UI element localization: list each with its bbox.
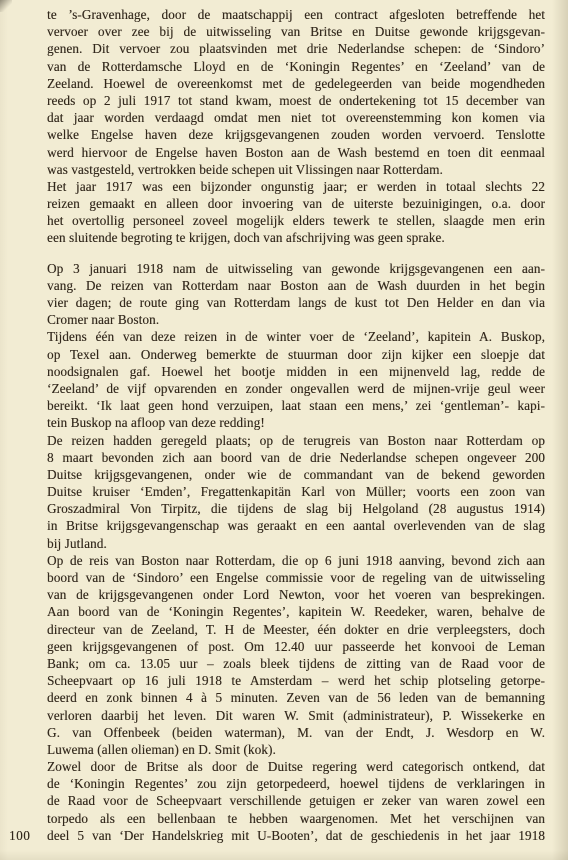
text-line: verloren daarbij het leven. Dit waren W.… (47, 707, 545, 724)
text-line: Scheepvaart op 16 juli 1918 te Amsterdam… (47, 672, 545, 689)
text-line: Cromer naar Boston. (47, 311, 545, 328)
text-line: Aan boord van de ‘Koningin Regentes’, ka… (47, 603, 545, 620)
text-line: Groszadmiral Von Tirpitz, die tijdens de… (47, 500, 545, 517)
text-line: Tijdens één van deze reizen in de winter… (47, 328, 545, 345)
paragraph-gap (47, 247, 545, 260)
text-line: bereikt. ‘Ik laat geen hond verzuipen, l… (47, 397, 545, 414)
book-page: te ’s-Gravenhage, door de maatschappij e… (0, 0, 568, 860)
text-line: deerd en zonk binnen 4 à 5 minuten. Zeve… (47, 689, 545, 706)
text-line: van de krijgsgevangenen onder Lord Newto… (47, 586, 545, 603)
text-line: de ‘Koningin Regentes’ zou zijn getorped… (47, 775, 545, 792)
text-line: torpedo als een bellenbaan te hebben waa… (47, 810, 545, 827)
text-line: een sluitende begroting te krijgen, doch… (47, 229, 545, 246)
text-line: in Britse krijgsgevangenschap was geraak… (47, 517, 545, 534)
body-text: te ’s-Gravenhage, door de maatschappij e… (47, 6, 545, 844)
text-line: genen. Dit vervoer zou plaatsvinden met … (47, 40, 545, 57)
text-line: dat jaar worden verdaagd omdat men niet … (47, 109, 545, 126)
text-line: tein Buskop na afloop van deze redding! (47, 414, 545, 431)
text-line: noodsignalen gaf. Hoewel het bootje midd… (47, 363, 545, 380)
text-line: Duitse kruiser ‘Emden’, Fregattenkapitän… (47, 483, 545, 500)
page-corner-shadow (0, 0, 12, 12)
text-line: vang. De reizen van Rotterdam naar Bosto… (47, 277, 545, 294)
text-line: reeds op 2 juli 1917 tot stand kwam, moe… (47, 92, 545, 109)
text-line: Op 3 januari 1918 nam de uitwisseling va… (47, 260, 545, 277)
text-line: Zeeland. Hoewel de overeenkomst met de g… (47, 75, 545, 92)
text-line: directeur van de Zeeland, T. H de Meeste… (47, 621, 545, 638)
text-line: het overtollig personeel zoveel mogelijk… (47, 212, 545, 229)
text-line: welke Engelse haven deze krijgsgevangene… (47, 126, 545, 143)
text-line: 8 maart bevonden zich aan boord van de d… (47, 449, 545, 466)
text-line: te ’s-Gravenhage, door de maatschappij e… (47, 6, 545, 23)
text-line: vervoer over zee bij de uitwisseling van… (47, 23, 545, 40)
text-line: boord van de ‘Sindoro’ een Engelse commi… (47, 569, 545, 586)
text-line: vier dagen; de route ging van Rotterdam … (47, 294, 545, 311)
text-line: Duitse krijgsgevangenen, onder wie de co… (47, 466, 545, 483)
text-line: geen krijgsgevangenen of post. Om 12.40 … (47, 638, 545, 655)
text-line: Het jaar 1917 was een bijzonder ongunsti… (47, 178, 545, 195)
text-line: Bank; om ca. 13.05 uur – zoals bleek tij… (47, 655, 545, 672)
text-line: werd hiervoor de Engelse haven Boston aa… (47, 144, 545, 161)
text-line: reizen gemaakt en alleen door invoering … (47, 195, 545, 212)
text-line: ‘Zeeland’ de vijf opvarenden en zonder o… (47, 380, 545, 397)
page-number: 100 (9, 827, 30, 844)
text-line: van de Rotterdamsche Lloyd en de ‘Koning… (47, 58, 545, 75)
text-line: was vastgesteld, vertrokken beide schepe… (47, 161, 545, 178)
text-line: Zowel door de Britse als door de Duitse … (47, 758, 545, 775)
text-line: op Texel aan. Onderweg bemerkte de stuur… (47, 346, 545, 363)
text-line: De reizen hadden geregeld plaats; op de … (47, 432, 545, 449)
text-line: G. van Offenbeek (beiden waterman), M. v… (47, 724, 545, 741)
text-line: bij Jutland. (47, 535, 545, 552)
text-line: Op de reis van Boston naar Rotterdam, di… (47, 552, 545, 569)
text-line: Luwema (allen olieman) en D. Smit (kok). (47, 741, 545, 758)
text-line: de Raad voor de Scheepvaart verschillend… (47, 792, 545, 809)
text-line: deel 5 van ‘Der Handelskrieg mit U-Boote… (47, 827, 545, 844)
